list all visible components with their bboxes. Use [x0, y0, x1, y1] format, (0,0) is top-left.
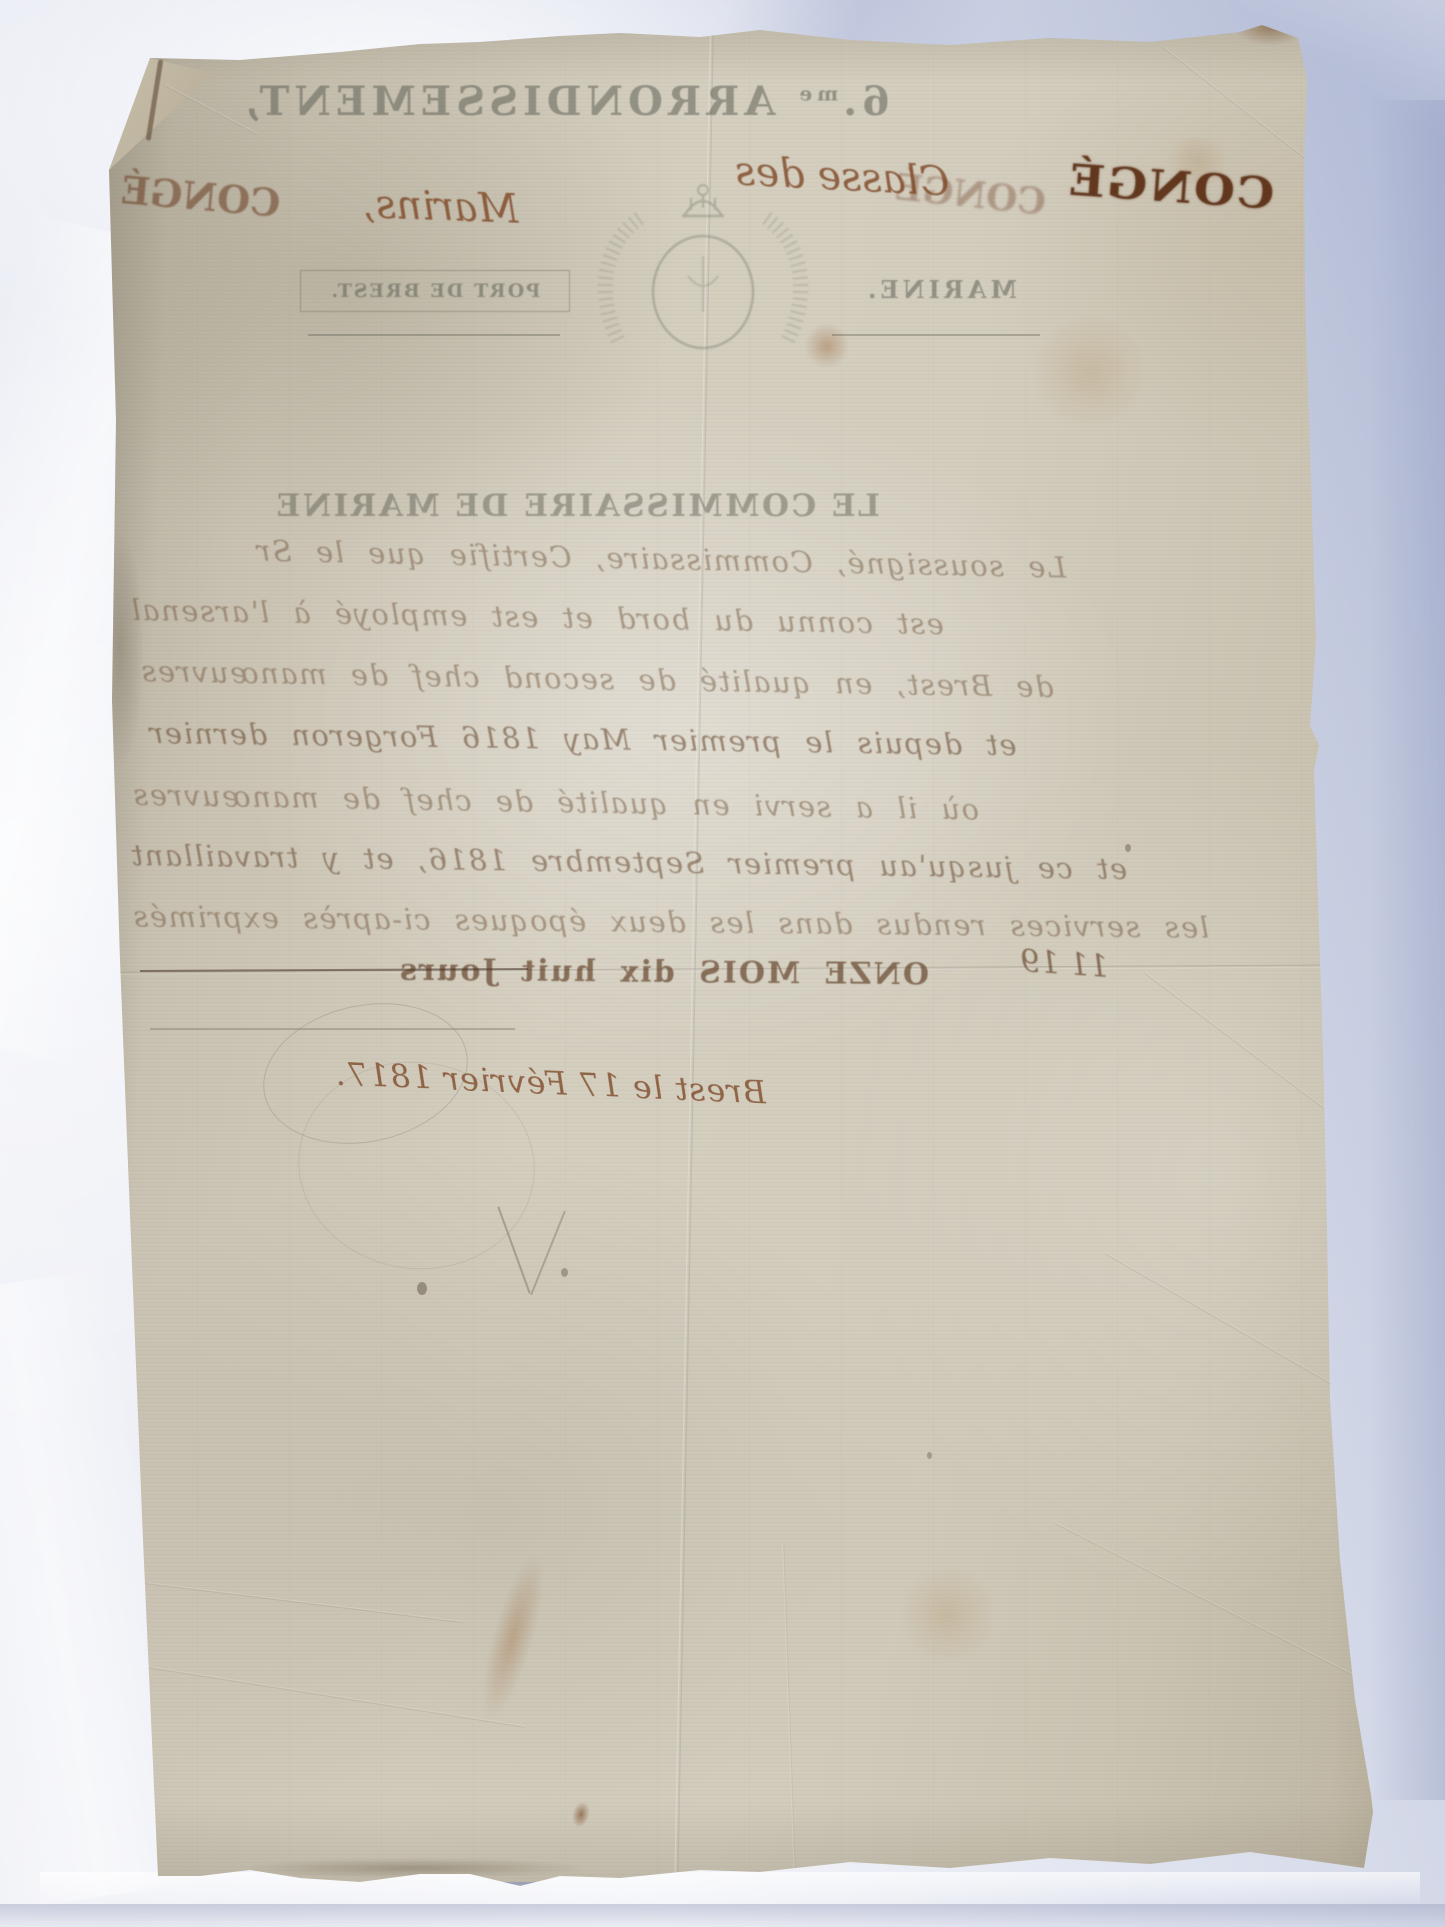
handwritten-line: et ce jusqu'au premier Septembre 1816, e… — [130, 838, 1128, 886]
arrondissement-word: ARRONDISSEMENT, — [240, 78, 794, 125]
crease-vertical-bottom — [782, 1542, 796, 1877]
pencil-check-mark — [530, 1211, 566, 1295]
marine-label: MARINE. — [838, 275, 1043, 304]
embossed-crest-seal — [588, 178, 818, 350]
fleck — [1125, 844, 1131, 852]
arrondissement-ordinal: me — [794, 82, 838, 106]
corner-fold-top-left — [105, 52, 225, 177]
fabric-fold — [1370, 100, 1445, 1800]
port-label-box: PORT DE BREST. — [300, 270, 570, 312]
conge-stamp: CONGÉ — [1065, 155, 1275, 220]
stain — [1030, 314, 1148, 432]
photo-scene: 6.me ARRONDISSEMENT, CONGÉ CONGÉ CONGÉ C… — [0, 0, 1445, 1927]
port-label: PORT DE BREST. — [330, 280, 541, 302]
fleck — [561, 1268, 568, 1277]
marine-underline — [832, 334, 1040, 336]
summary-line: ONZE MOIS dix huit Jours — [398, 953, 929, 993]
handwritten-line: est connu du bord et est employé à l'ars… — [130, 593, 944, 641]
handwritten-line: Le soussigné, Commissaire, Certifie que … — [255, 534, 1067, 585]
handwritten-service-left: Marins, — [362, 181, 519, 232]
bottom-tear-shadow — [250, 1858, 580, 1878]
crease — [145, 1582, 463, 1623]
handwritten-line: et depuis le premier May 1816 Forgeron d… — [148, 716, 1017, 762]
arrondissement-heading: 6.me ARRONDISSEMENT, — [250, 78, 890, 125]
corner-smudge-top-right — [1233, 22, 1307, 46]
fabric-fold-shadow — [0, 1904, 1445, 1927]
arrondissement-number: 6. — [838, 78, 890, 125]
ink-drop — [570, 1800, 592, 1828]
summary-figures: 11 19 — [1019, 943, 1110, 985]
handwritten-line: où il a servi en qualité de chef de manœ… — [132, 778, 980, 827]
fleck — [927, 1452, 932, 1459]
crease — [1105, 1252, 1392, 1419]
handwritten-line: les services rendus dans les deux époque… — [132, 899, 1209, 944]
stain — [900, 1562, 995, 1667]
edge-darkening — [97, 534, 143, 764]
conge-stamp-edge: CONGÉ — [119, 167, 282, 226]
fabric-fold — [40, 1872, 1420, 1906]
handwritten-line: de Brest, en qualité de second chef de m… — [140, 654, 1054, 704]
crease — [135, 1664, 525, 1728]
stain-streak — [470, 1550, 555, 1724]
crease — [1055, 1522, 1368, 1683]
commissaire-title: LE COMMISSAIRE DE MARINE — [262, 488, 892, 524]
document-paper: 6.me ARRONDISSEMENT, CONGÉ CONGÉ CONGÉ C… — [105, 22, 1392, 1882]
port-underline — [308, 334, 560, 336]
crease — [1144, 972, 1369, 1142]
fleck — [417, 1282, 427, 1295]
